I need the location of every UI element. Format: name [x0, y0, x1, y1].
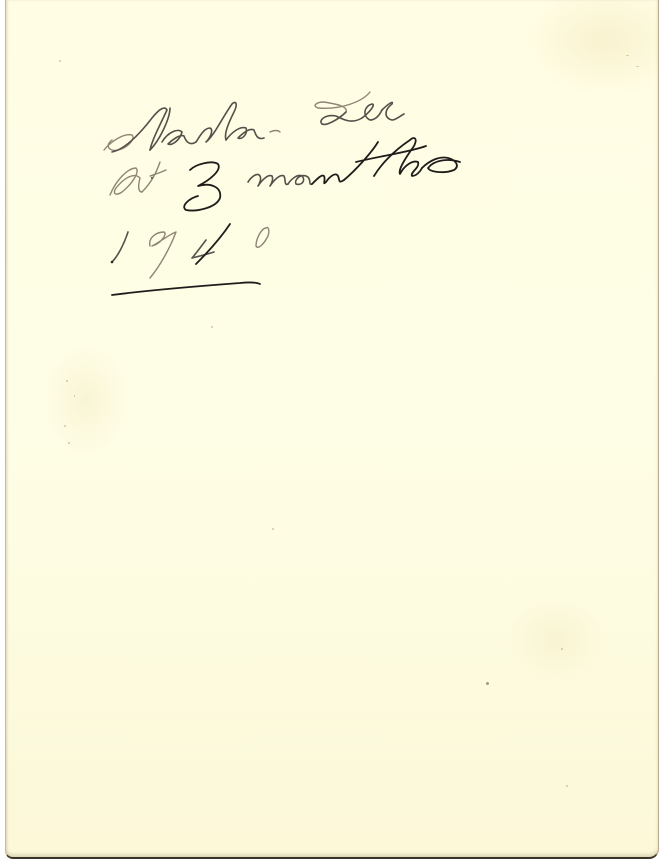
foxing-speck [561, 648, 563, 650]
foxing-speck [59, 60, 61, 62]
foxing-speck [636, 66, 639, 67]
foxing-speck [486, 682, 489, 685]
foxing-speck [66, 380, 68, 382]
inscription-transcription: Darla Lee at 3 months 1940 [110, 96, 470, 800]
inscription-line-age: at 3 months [110, 416, 470, 480]
foxing-speck [626, 55, 629, 56]
foxing-speck [64, 425, 66, 427]
scanned-photo-back: Darla Lee at 3 months 1940 [0, 0, 664, 864]
foxing-speck [74, 395, 75, 397]
inscription-line-name: Darla Lee [110, 224, 470, 288]
inscription-line-year: 1940 [110, 608, 470, 672]
foxing-speck [566, 785, 568, 787]
foxing-speck [68, 442, 70, 444]
